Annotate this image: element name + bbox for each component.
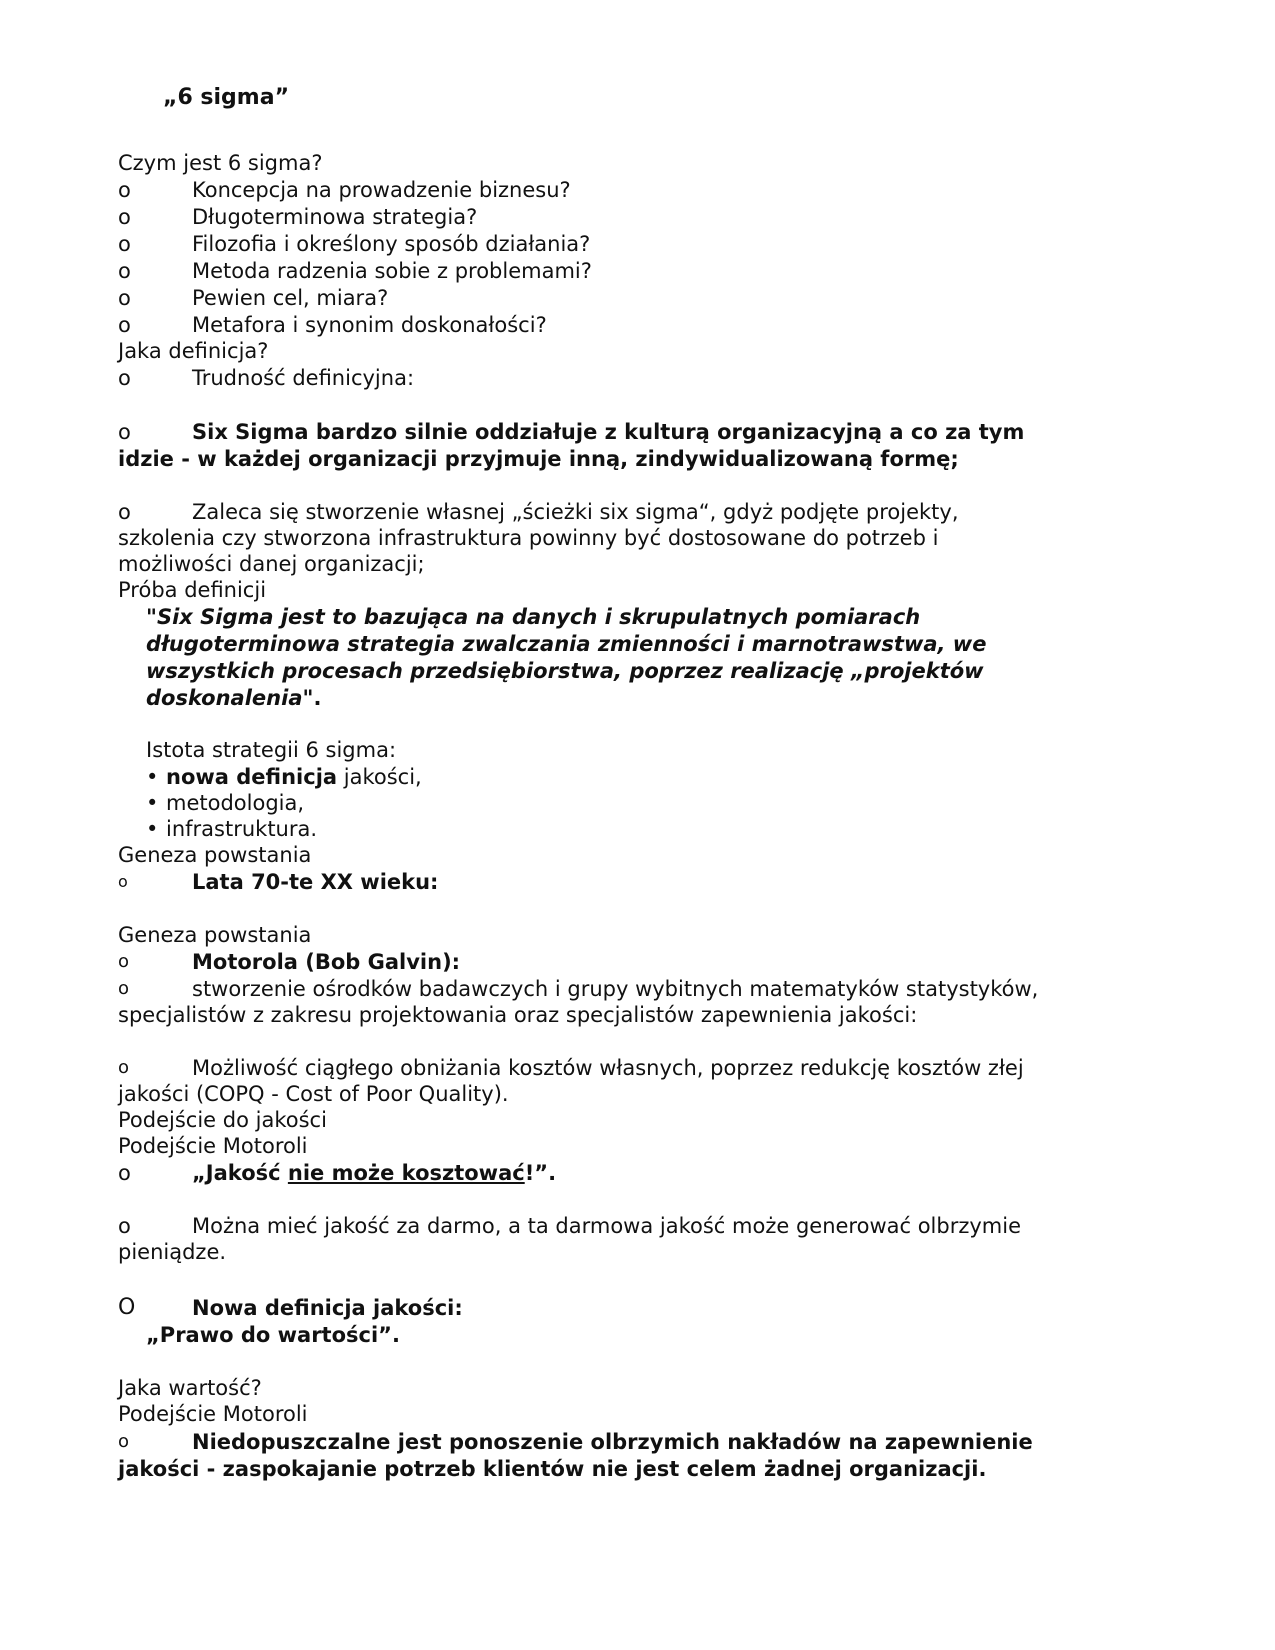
- section-heading: Istota strategii 6 sigma:: [146, 736, 396, 764]
- circle-bullet-icon: o: [118, 418, 158, 446]
- circle-bullet-icon: o: [118, 1212, 158, 1240]
- paragraph-line: szkolenia czy stworzona infrastruktura p…: [118, 524, 938, 552]
- list-item: Lata 70-te XX wieku:: [192, 868, 438, 896]
- circle-bullet-icon: O: [118, 1294, 158, 1322]
- circle-bullet-icon: o: [118, 1054, 158, 1082]
- dot-bullet-icon: •: [146, 815, 166, 843]
- circle-bullet-icon: o: [118, 364, 158, 392]
- section-heading: Jaka wartość?: [118, 1374, 262, 1402]
- section-heading: Jaka definicja?: [118, 337, 268, 365]
- circle-bullet-icon: o: [118, 1159, 158, 1187]
- paragraph-line: możliwości danej organizacji;: [118, 550, 425, 578]
- dot-bullet-icon: •: [146, 763, 166, 791]
- dot-bullet-icon: •: [146, 789, 166, 817]
- section-heading: Próba definicji: [118, 576, 266, 604]
- list-item: Motorola (Bob Galvin):: [192, 948, 460, 976]
- paragraph-line: pieniądze.: [118, 1238, 226, 1266]
- circle-bullet-icon: o: [118, 498, 158, 526]
- paragraph-line: Możliwość ciągłego obniżania kosztów wła…: [192, 1054, 1024, 1082]
- circle-bullet-icon: o: [118, 284, 158, 312]
- definition-quote-line: długoterminowa strategia zwalczania zmie…: [146, 630, 986, 658]
- circle-bullet-icon: o: [118, 203, 158, 231]
- list-item: Trudność definicyjna:: [192, 364, 414, 392]
- section-heading: Geneza powstania: [118, 921, 311, 949]
- definition-quote-line: wszystkich procesach przedsiębiorstwa, p…: [146, 657, 984, 685]
- section-heading: Czym jest 6 sigma?: [118, 149, 322, 177]
- paragraph-line: jakości - zaspokajanie potrzeb klientów …: [118, 1455, 986, 1483]
- circle-bullet-icon: o: [118, 868, 158, 896]
- list-item: •nowa definicja jakości,: [146, 763, 422, 791]
- document-page: „6 sigma” Czym jest 6 sigma? o Koncepcja…: [0, 0, 1275, 1650]
- circle-bullet-icon: o: [118, 1428, 158, 1456]
- circle-bullet-icon: o: [118, 311, 158, 339]
- paragraph-line: specjalistów z zakresu projektowania ora…: [118, 1001, 917, 1029]
- paragraph-line: „Prawo do wartości”.: [146, 1321, 400, 1349]
- circle-bullet-icon: o: [118, 230, 158, 258]
- section-heading: Geneza powstania: [118, 841, 311, 869]
- paragraph-line: Można mieć jakość za darmo, a ta darmowa…: [192, 1212, 1021, 1240]
- paragraph-line: jakości (COPQ - Cost of Poor Quality).: [118, 1080, 509, 1108]
- paragraph-line: stworzenie ośrodków badawczych i grupy w…: [192, 975, 1038, 1003]
- list-item: •infrastruktura.: [146, 815, 317, 843]
- definition-quote-line: "Six Sigma jest to bazująca na danych i …: [146, 603, 920, 631]
- circle-bullet-icon: o: [118, 975, 158, 1003]
- paragraph-line: Nowa definicja jakości:: [192, 1294, 463, 1322]
- definition-quote-line: doskonalenia".: [146, 684, 321, 712]
- list-item: •metodologia,: [146, 789, 304, 817]
- section-heading: Podejście Motoroli: [118, 1132, 308, 1160]
- section-heading: Podejście Motoroli: [118, 1400, 308, 1428]
- quote-line: „Jakość nie może kosztować!”.: [192, 1159, 556, 1187]
- paragraph-line: Six Sigma bardzo silnie oddziałuje z kul…: [192, 418, 1024, 446]
- paragraph-line: Niedopuszczalne jest ponoszenie olbrzymi…: [192, 1428, 1033, 1456]
- circle-bullet-icon: o: [118, 948, 158, 976]
- section-heading: Podejście do jakości: [118, 1106, 327, 1134]
- document-title: „6 sigma”: [163, 84, 289, 112]
- circle-bullet-icon: o: [118, 176, 158, 204]
- paragraph-line: Zaleca się stworzenie własnej „ścieżki s…: [192, 498, 959, 526]
- circle-bullet-icon: o: [118, 257, 158, 285]
- paragraph-line: idzie - w każdej organizacji przyjmuje i…: [118, 445, 959, 473]
